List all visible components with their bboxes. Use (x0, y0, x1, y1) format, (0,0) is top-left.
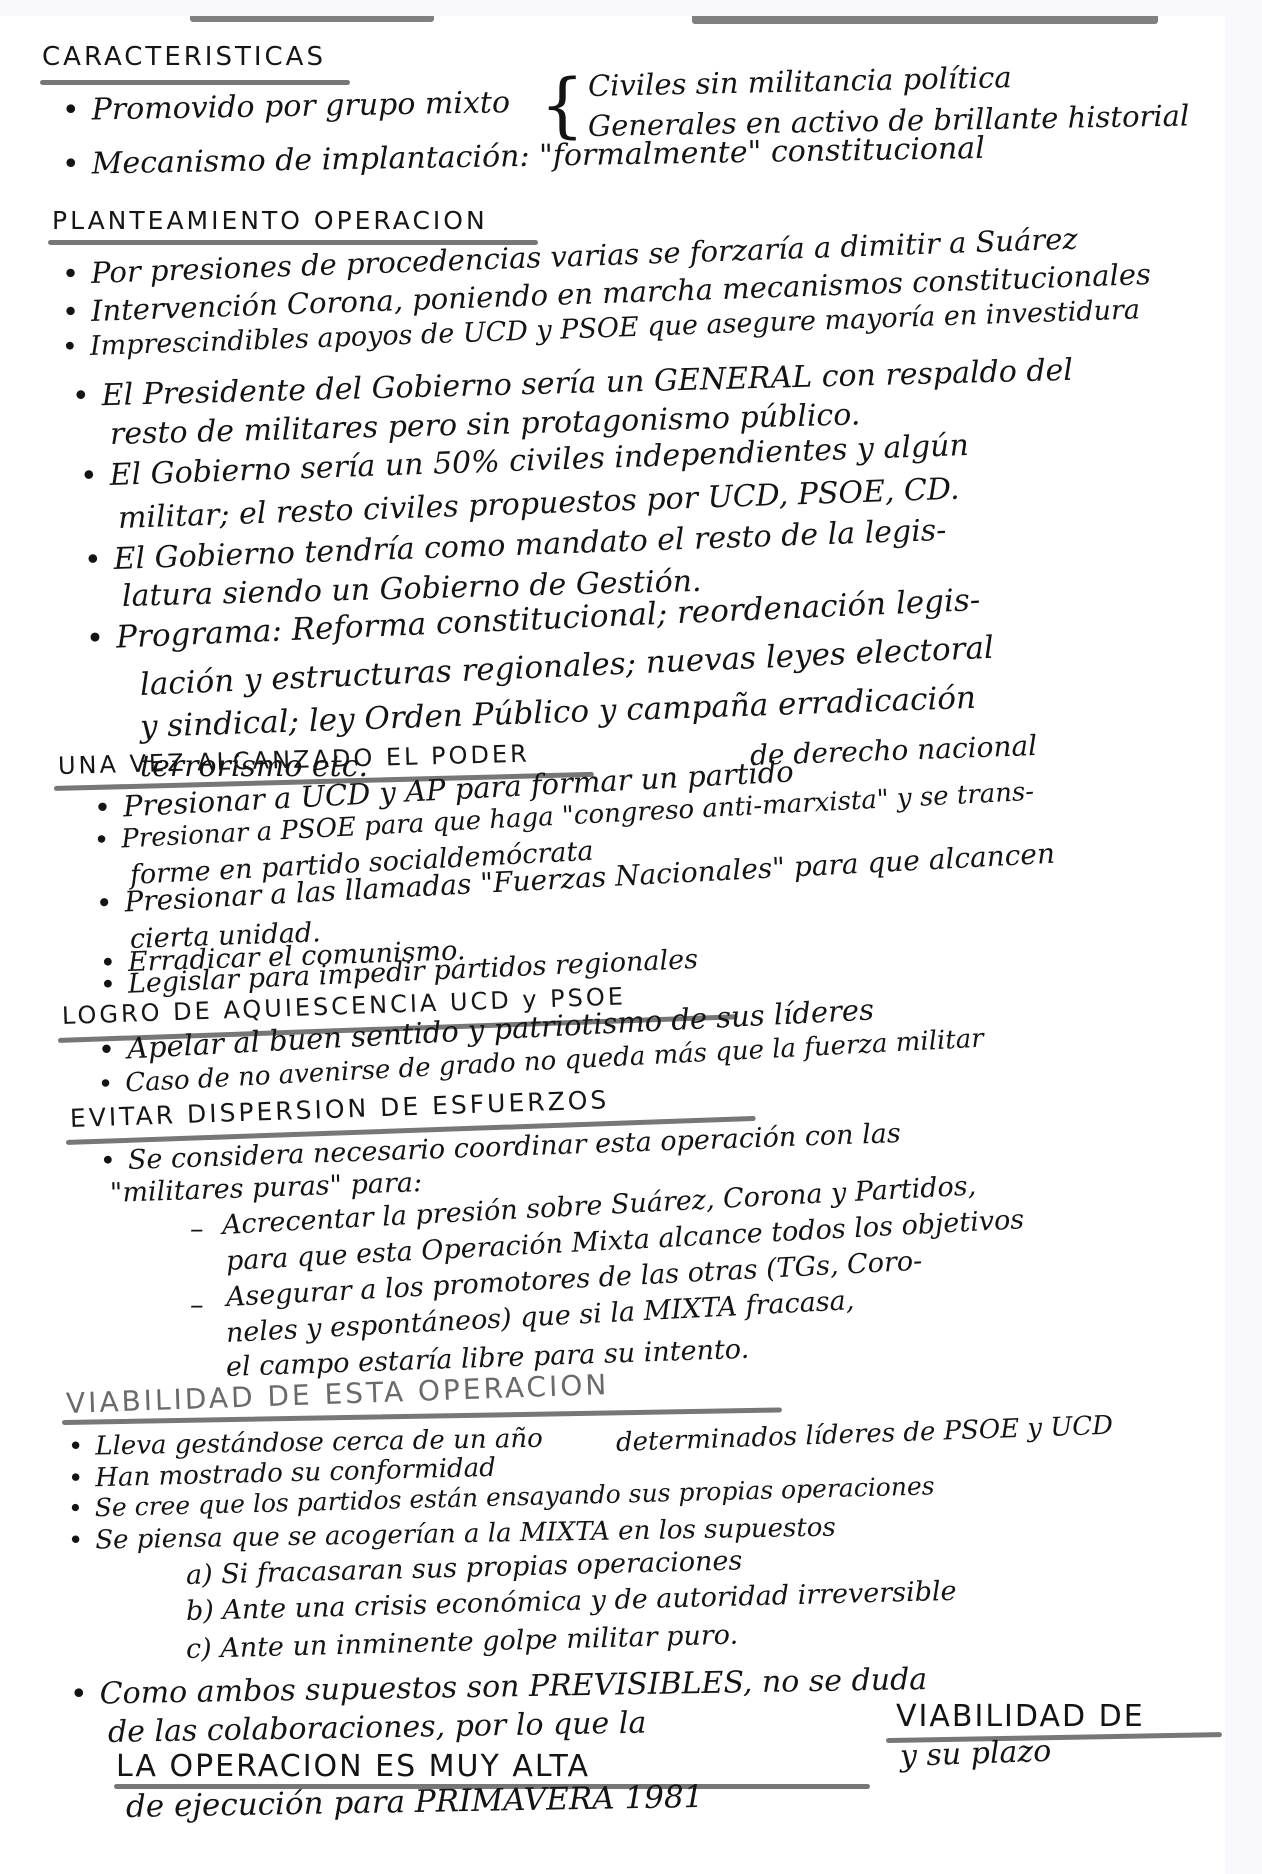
emphasized-conclusion: LA OPERACION ES MUY ALTA (116, 1752, 590, 1782)
handwritten-page: CARACTERISTICAS Promovido por grupo mixt… (0, 16, 1225, 1874)
text-line: Civiles sin militancia política (588, 63, 1012, 101)
text-line: Promovido por grupo mixto (62, 88, 511, 126)
section-heading-planteamiento: PLANTEAMIENTO OPERACION (52, 208, 488, 233)
emphasized-conclusion: VIABILIDAD DE (896, 1702, 1145, 1732)
text-line: c) Ante un inminente golpe militar puro. (186, 1622, 739, 1663)
text-line: y su plazo (899, 1737, 1051, 1772)
top-stripe-right (692, 16, 1158, 24)
brace-symbol: { (540, 70, 585, 140)
heading-underline (40, 80, 350, 85)
text-line: de las colaboraciones, por lo que la (108, 1709, 647, 1748)
text-line: – (190, 1292, 204, 1319)
top-stripe-left (190, 16, 434, 22)
text-line: determinados líderes de PSOE y UCD (616, 1413, 1114, 1456)
text-line: Mecanismo de implantación: "formalmente"… (62, 134, 985, 180)
text-line: El Presidente del Gobierno sería un GENE… (72, 356, 1074, 412)
text-line: Como ambos supuestos son PREVISIBLES, no… (70, 1665, 928, 1710)
section-heading-caracteristicas: CARACTERISTICAS (42, 44, 326, 70)
text-line: – (190, 1216, 204, 1243)
text-line: de ejecución para PRIMAVERA 1981 (126, 1782, 704, 1823)
